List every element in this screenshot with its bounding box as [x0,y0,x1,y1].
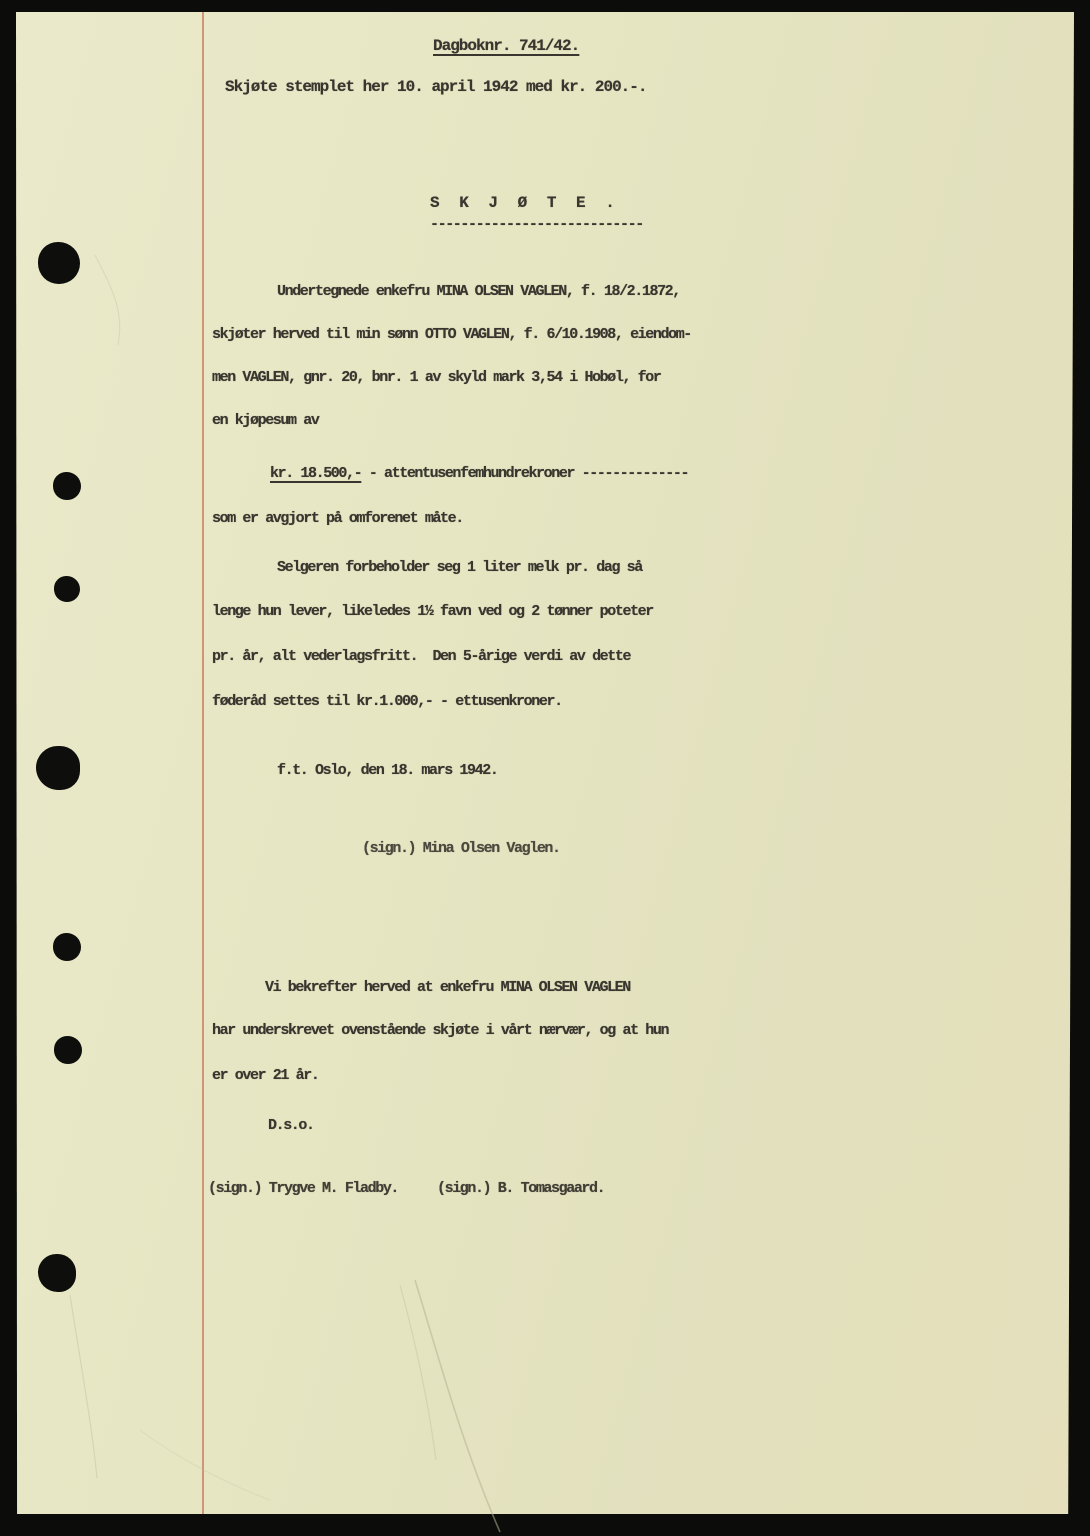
deed-intro-line-1: Undertegnede enkefru MINA OLSEN VAGLEN, … [277,284,680,299]
punch-hole [53,472,81,500]
journal-number-line: Dagboknr. 741/42. [433,38,579,54]
price-settled-line: som er avgjort på omforenet måte. [212,511,463,526]
punch-hole [54,1036,82,1064]
punch-hole [38,1254,76,1292]
reservation-line-3: pr. år, alt vederlagsfritt. Den 5-årige … [212,649,630,664]
punch-hole [36,746,80,790]
punch-hole [54,576,80,602]
margin-rule-line [202,12,204,1514]
price-amount: kr. 18.500,- [270,465,361,482]
witness-statement-line-3: er over 21 år. [212,1068,318,1083]
reservation-line-4: føderåd settes til kr.1.000,- - ettusenk… [212,694,562,709]
price-in-words: - attentusenfemhundrekroner ------------… [361,465,688,482]
punch-hole [38,242,80,284]
reservation-line-2: lenge hun lever, likeledes 1½ favn ved o… [212,604,653,619]
paper-sheet [16,12,1074,1514]
price-line: kr. 18.500,- - attentusenfemhundrekroner… [270,466,688,481]
punch-hole [53,933,81,961]
witness1-signature-line: (sign.) Trygve M. Fladby. [208,1181,398,1196]
stamp-note-line: Skjøte stemplet her 10. april 1942 med k… [225,79,646,95]
title-underline-rule: ---------------------------- [430,217,643,232]
deed-intro-line-4: en kjøpesum av [212,413,318,428]
reservation-line-1: Selgeren forbeholder seg 1 liter melk pr… [277,560,642,575]
deed-intro-line-3: men VAGLEN, gnr. 20, bnr. 1 av skyld mar… [212,370,661,385]
witness-statement-line-1: Vi bekrefter herved at enkefru MINA OLSE… [265,980,630,995]
dso-line: D.s.o. [268,1118,314,1133]
deed-title: S K J Ø T E . [430,195,620,211]
deed-intro-line-2: skjøter herved til min sønn OTTO VAGLEN,… [212,327,691,342]
place-date-line: f.t. Oslo, den 18. mars 1942. [277,763,497,778]
seller-signature-line: (sign.) Mina Olsen Vaglen. [362,841,560,856]
scanned-page: Dagboknr. 741/42. Skjøte stemplet her 10… [0,0,1090,1536]
witness2-signature-line: (sign.) B. Tomasgaard. [437,1181,604,1196]
witness-statement-line-2: har underskrevet ovenstående skjøte i vå… [212,1023,668,1038]
